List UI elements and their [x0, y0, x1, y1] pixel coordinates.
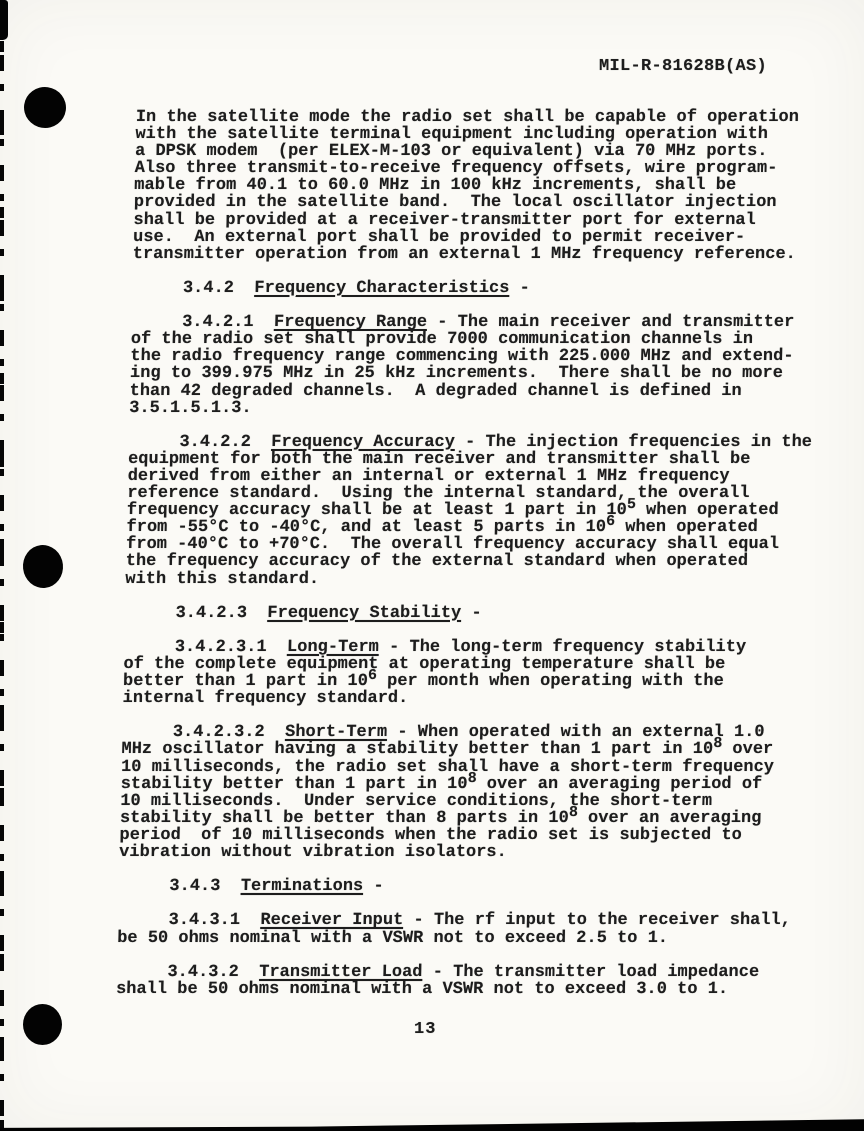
text-line: 3.4.3.2 Transmitter Load - The transmitt… — [116, 964, 806, 981]
text-line: 3.4.3 Terminations - — [118, 878, 808, 895]
page-number: 13 — [414, 1020, 436, 1039]
text-line: with the satellite terminal equipment in… — [135, 126, 825, 143]
text-line: mable from 40.1 to 60.0 MHz in 100 kHz i… — [134, 177, 824, 194]
scan-corner-mark — [0, 0, 8, 40]
punch-hole-top — [21, 84, 68, 130]
text-line: from -55°C to -40°C, and at least 5 part… — [126, 519, 816, 536]
text-segment: transmitter operation from an external 1… — [132, 245, 796, 264]
text-line: provided in the satellite band. The loca… — [134, 194, 824, 211]
superscript: 6 — [368, 667, 377, 684]
heading-3-4-2-frequency-characteristics: 3.4.2 Frequency Characteristics - — [132, 280, 822, 297]
text-segment: be 50 ohms nominal with a VSWR not to ex… — [117, 929, 668, 948]
scan-edge-left-artifact — [0, 0, 4, 1131]
text-line: internal frequency standard. — [122, 690, 812, 707]
text-segment: 3.4.3 — [118, 877, 241, 896]
text-line: be 50 ohms nominal with a VSWR not to ex… — [117, 930, 807, 947]
text-segment: per month when operating with the — [377, 672, 724, 691]
text-segment: vibration without vibration isolators. — [119, 843, 507, 862]
text-line: equipment for both the main receiver and… — [128, 451, 818, 468]
text-line: a DPSK modem (per ELEX-M-103 or equivale… — [135, 143, 825, 160]
text-line: 3.4.2.3.1 Long-Term - The long-term freq… — [124, 639, 814, 656]
superscript: 5 — [627, 496, 636, 513]
scan-bottom-edge-artifact — [0, 1118, 864, 1131]
text-segment: 3.4.2.3 — [124, 604, 267, 623]
text-line: 3.4.2.1 Frequency Range - The main recei… — [131, 314, 821, 331]
text-line: In the satellite mode the radio set shal… — [136, 109, 826, 126]
text-line: use. An external port shall be provided … — [133, 229, 823, 246]
text-line: shall be provided at a receiver-transmit… — [133, 212, 823, 229]
text-segment: - — [363, 877, 384, 896]
text-line: of the radio set shall provide 7000 comm… — [131, 331, 821, 348]
scanned-page: MIL-R-81628B(AS) In the satellite mode t… — [0, 0, 864, 1131]
text-line: than 42 degraded channels. A degraded ch… — [129, 383, 819, 400]
text-line: 3.4.2.2 Frequency Accuracy - The injecti… — [128, 434, 818, 451]
para-satellite-mode-intro: In the satellite mode the radio set shal… — [133, 109, 826, 263]
para-3-4-3-1-receiver-input: 3.4.3.1 Receiver Input - The rf input to… — [117, 912, 808, 946]
para-3-4-3-2-transmitter-load: 3.4.3.2 Transmitter Load - The transmitt… — [116, 964, 807, 998]
text-line: 3.4.3.1 Receiver Input - The rf input to… — [117, 912, 807, 929]
text-line: 3.5.1.5.1.3. — [129, 400, 819, 417]
text-line: transmitter operation from an external 1… — [133, 246, 823, 263]
text-line: vibration without vibration isolators. — [119, 844, 809, 861]
text-segment: 3.4.2 — [132, 279, 255, 298]
text-line: the radio frequency range commencing wit… — [130, 348, 820, 365]
text-line: frequency accuracy shall be at least 1 p… — [127, 502, 817, 519]
text-segment: 3.5.1.5.1.3. — [129, 399, 252, 418]
superscript: 8 — [713, 735, 722, 752]
text-segment: - — [461, 604, 482, 623]
underlined-heading: Terminations — [241, 877, 364, 896]
text-line: 3.4.2 Frequency Characteristics - — [132, 280, 822, 297]
text-segment: shall be 50 ohms nominal with a VSWR not… — [116, 980, 729, 999]
para-3-4-2-3-2-short-term: 3.4.2.3.2 Short-Term - When operated wit… — [119, 724, 812, 861]
text-line: stability better than 1 part in 108 over… — [120, 776, 810, 793]
text-line: shall be 50 ohms nominal with a VSWR not… — [116, 981, 806, 998]
text-line: the frequency accuracy of the external s… — [126, 553, 816, 570]
underlined-heading: Frequency Characteristics — [254, 279, 509, 298]
text-line: with this standard. — [125, 571, 815, 588]
text-line: better than 1 part in 106 per month when… — [123, 673, 813, 690]
document-body: In the satellite mode the radio set shal… — [115, 109, 826, 1015]
text-line: stability shall be better than 8 parts i… — [120, 810, 810, 827]
text-line: derived from either an internal or exter… — [127, 468, 817, 485]
text-line: of the complete equipment at operating t… — [123, 656, 813, 673]
text-line: 3.4.2.3 Frequency Stability - — [124, 605, 814, 622]
underlined-heading: Frequency Stability — [267, 604, 461, 623]
text-segment: - — [509, 279, 530, 298]
text-line: from -40°C to +70°C. The overall frequen… — [126, 536, 816, 553]
text-line: Also three transmit-to-receive frequency… — [134, 160, 824, 177]
text-line: 3.4.2.3.2 Short-Term - When operated wit… — [122, 724, 812, 741]
text-segment: internal frequency standard. — [122, 689, 408, 708]
text-line: ing to 399.975 MHz in 25 kHz increments.… — [130, 365, 820, 382]
heading-3-4-2-3-frequency-stability: 3.4.2.3 Frequency Stability - — [124, 605, 814, 622]
text-segment: with this standard. — [125, 570, 319, 589]
text-line: period of 10 milliseconds when the radio… — [119, 827, 809, 844]
punch-hole-bottom — [23, 1004, 62, 1045]
text-line: reference standard. Using the internal s… — [127, 485, 817, 502]
text-line: 10 milliseconds. Under service condition… — [120, 793, 810, 810]
superscript: 8 — [569, 804, 578, 821]
punch-hole-middle — [21, 543, 65, 590]
para-3-4-2-1-frequency-range: 3.4.2.1 Frequency Range - The main recei… — [129, 314, 821, 417]
superscript: 8 — [467, 770, 476, 787]
superscript: 6 — [606, 513, 615, 530]
spec-number: MIL-R-81628B(AS) — [599, 57, 767, 76]
para-3-4-2-3-1-long-term: 3.4.2.3.1 Long-Term - The long-term freq… — [122, 639, 814, 707]
text-line: 10 milliseconds, the radio set shall hav… — [121, 759, 811, 776]
text-line: MHz oscillator having a stability better… — [121, 741, 811, 758]
para-3-4-2-2-frequency-accuracy: 3.4.2.2 Frequency Accuracy - The injecti… — [125, 434, 818, 588]
heading-3-4-3-terminations: 3.4.3 Terminations - — [118, 878, 808, 895]
